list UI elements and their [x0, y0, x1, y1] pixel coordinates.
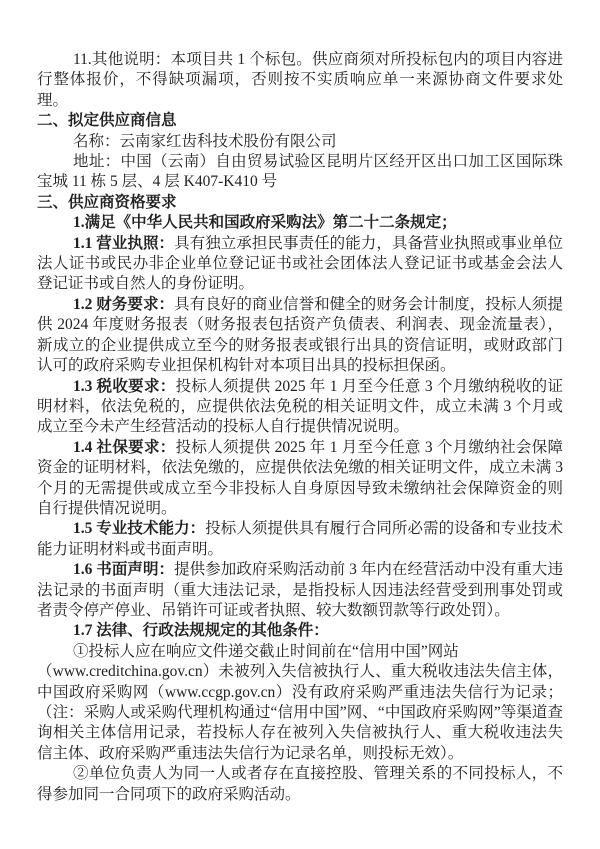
requirement-1-4-label: 1.4 社保要求：: [73, 439, 176, 456]
requirement-1-7-item-1-rest: （www.creditchina.gov.cn）未被列入失信被执行人、重大税收违…: [37, 663, 563, 762]
requirement-1-7-item-2: ②单位负责人为同一人或者存在直接控股、管理关系的不同投标人，不得参加同一合同项下…: [37, 764, 563, 805]
requirement-1-7-item-1-line1: ①投标人应在响应文件递交截止时间前在“信用中国”网站: [73, 643, 459, 660]
requirement-1-1-business-license: 1.1 营业执照：具有独立承担民事责任的能力，具备营业执照或事业单位法人证书或民…: [37, 234, 563, 295]
requirement-1-7-item-1: ①投标人应在响应文件递交截止时间前在“信用中国”网站 （www.creditch…: [37, 642, 563, 764]
requirement-1-4-social-security: 1.4 社保要求：投标人须提供 2025 年 1 月至今任意 3 个月缴纳社会保…: [37, 438, 563, 520]
requirement-1-2-financial: 1.2 财务要求：具有良好的商业信誉和健全的财务会计制度，投标人须提供 2024…: [37, 295, 563, 377]
requirement-1-2-label: 1.2 财务要求：: [73, 296, 174, 313]
document-page: 11.其他说明：本项目共 1 个标包。供应商须对所投标包内的项目内容进行整体报价…: [0, 0, 600, 849]
requirement-1-6-written-statement: 1.6 书面声明：提供参加政府采购活动前 3 年内在经营活动中没有重大违法记录的…: [37, 560, 563, 621]
requirement-1-1-label: 1.1 营业执照：: [73, 235, 174, 252]
requirement-1-5-label: 1.5 专业技术能力：: [73, 520, 205, 537]
section-heading-proposed-supplier-info: 二、拟定供应商信息: [37, 111, 563, 131]
document-content: 11.其他说明：本项目共 1 个标包。供应商须对所投标包内的项目内容进行整体报价…: [0, 0, 600, 805]
supplier-name-value: 云南家红齿科技术股份有限公司: [120, 133, 337, 150]
requirement-1-3-label: 1.3 税收要求：: [73, 378, 176, 395]
clause-other-notes: 11.其他说明：本项目共 1 个标包。供应商须对所投标包内的项目内容进行整体报价…: [37, 50, 563, 111]
requirement-1-5-technical-ability: 1.5 专业技术能力：投标人须提供具有履行合同所必需的设备和专业技术能力证明材料…: [37, 519, 563, 560]
supplier-address-label: 地址：: [73, 153, 120, 170]
requirement-1-6-label: 1.6 书面声明：: [73, 561, 174, 578]
clause-other-notes-text: 11.其他说明：本项目共 1 个标包。供应商须对所投标包内的项目内容进行整体报价…: [37, 51, 563, 109]
requirement-1: 1.满足《中华人民共和国政府采购法》第二十二条规定；: [37, 213, 563, 233]
supplier-name-line: 名称：云南家红齿科技术股份有限公司: [37, 132, 563, 152]
requirement-1-7-heading: 1.7 法律、行政法规规定的其他条件：: [37, 621, 563, 641]
supplier-address-line: 地址：中国（云南）自由贸易试验区昆明片区经开区出口加工区国际珠宝城 11 栋 5…: [37, 152, 563, 193]
supplier-name-label: 名称：: [73, 133, 120, 150]
section-heading-supplier-qualification: 三、供应商资格要求: [37, 193, 563, 213]
requirement-1-3-tax: 1.3 税收要求：投标人须提供 2025 年 1 月至今任意 3 个月缴纳税收的…: [37, 377, 563, 438]
